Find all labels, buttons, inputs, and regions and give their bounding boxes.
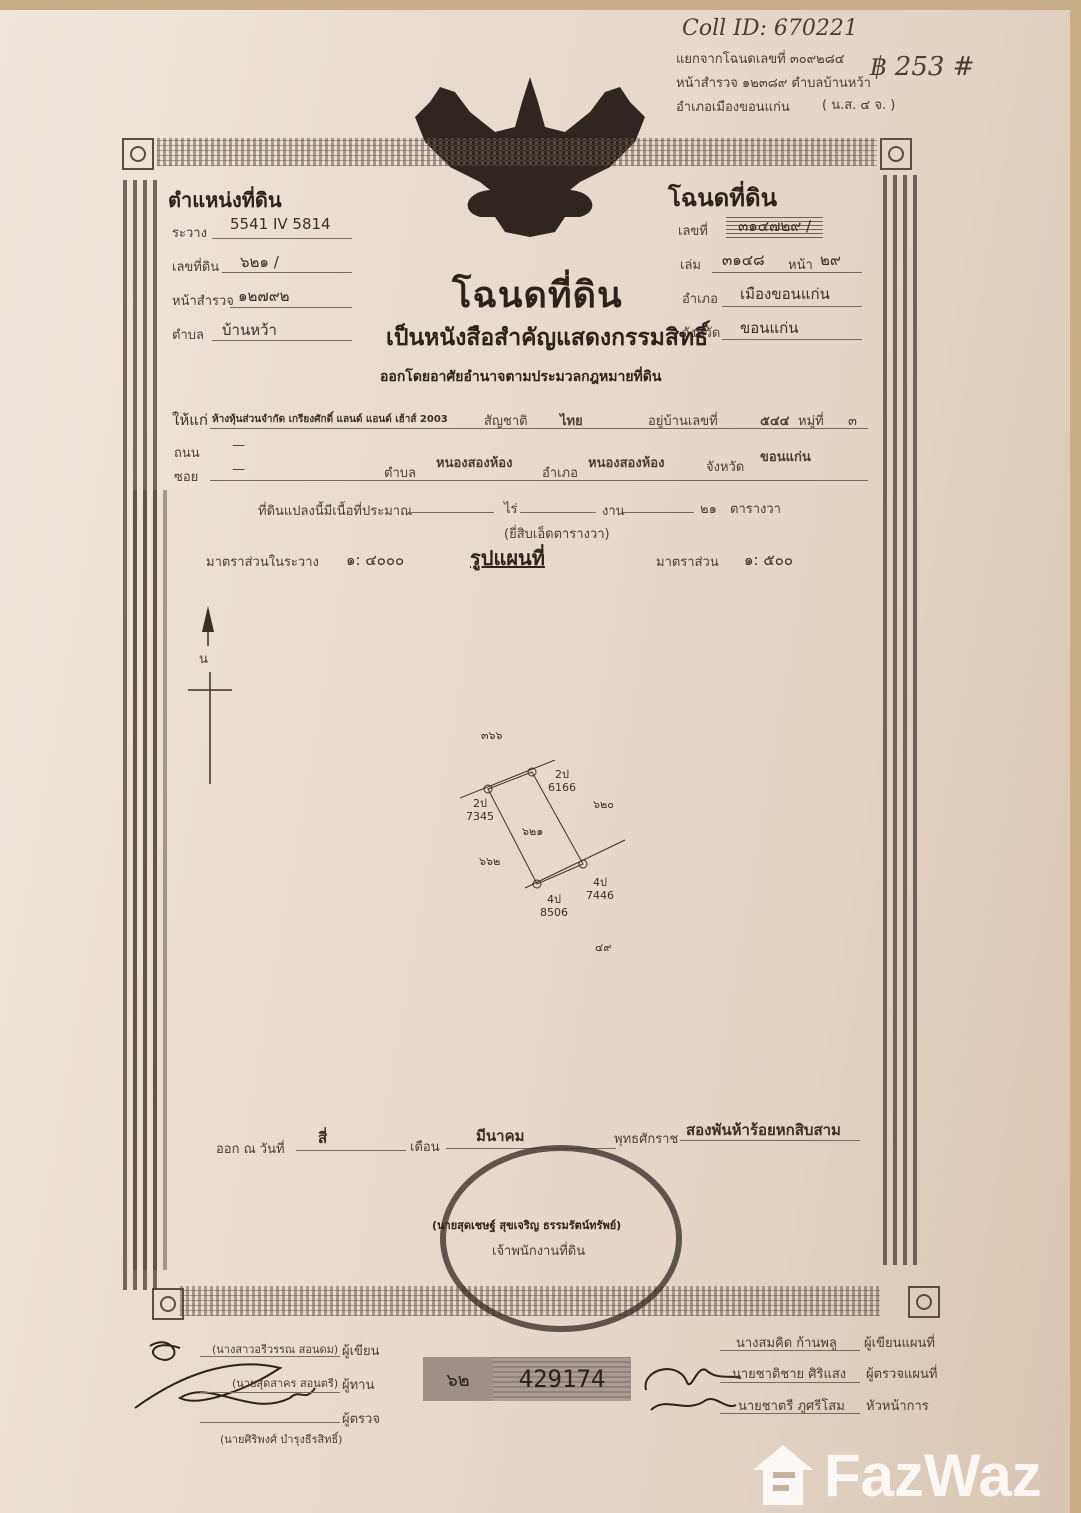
map-scale-value: ๑: ๕๐๐	[744, 548, 793, 572]
north-label: น	[199, 648, 208, 669]
inspector-name: (นายศิริพงศ์ บำรุงธีรสิทธิ์)	[220, 1430, 342, 1448]
survey-page-note: หน้าสำรวจ ๑๒๓๘๙ ตำบลบ้านหว้า	[676, 72, 871, 93]
map-writer-role: ผู้เขียนแผนที่	[864, 1332, 935, 1353]
head-role: หัวหน้าการ	[866, 1395, 929, 1416]
split-from-note: แยกจากโฉนดเลขที่ ๓๐๙๒๘๔	[676, 48, 845, 69]
serial-number: 429174	[493, 1357, 631, 1401]
coll-id: Coll ID: 670221	[682, 16, 858, 41]
wah-value: ๒๑	[700, 498, 717, 519]
issue-month: มีนาคม	[476, 1124, 525, 1148]
corner-mark-4: 4ป8506	[540, 893, 568, 919]
owner-province-label: จังหวัด	[706, 456, 744, 477]
land-title-deed: Coll ID: 670221 แยกจากโฉนดเลขที่ ๓๐๙๒๘๔ …	[0, 10, 1070, 1513]
book-value: ๓๑๔๘	[722, 248, 765, 272]
corner-mark-3: 4ป7446	[586, 876, 614, 902]
map-checker-name: นายชาติชาย ศิริแสง	[732, 1363, 846, 1384]
reviewer-role: ผู้ทาน	[342, 1374, 374, 1395]
left-border-pattern-2	[133, 490, 171, 1270]
writer-role: ผู้เขียน	[342, 1340, 379, 1361]
district-value: เมืองขอนแก่น	[740, 282, 830, 306]
north-arrow-icon	[184, 602, 236, 788]
official-seal-stamp	[440, 1145, 682, 1332]
issue-day: สี่	[318, 1126, 327, 1150]
subdistrict-label: ตำบล	[172, 324, 204, 345]
inspector-role: ผู้ตรวจ	[342, 1408, 380, 1429]
neighbor-east: ๖๒๐	[593, 798, 614, 811]
neighbor-north: ๓๖๖	[481, 729, 502, 742]
rai-label: ไร่	[504, 498, 518, 519]
area-in-words: (ยี่สิบเอ็ดตารางวา)	[504, 523, 610, 544]
area-prefix: ที่ดินแปลงนี้มีเนื้อที่ประมาณ	[258, 500, 412, 521]
ngan-label: งาน	[602, 500, 625, 521]
land-location-title: ตำแหน่งที่ดิน	[168, 184, 282, 216]
deed-no-label: เลขที่	[678, 220, 708, 241]
map-heading: รูปแผนที่	[470, 542, 545, 574]
corner-ornament-icon	[880, 138, 912, 170]
issue-date-prefix: ออก ณ วันที่	[216, 1138, 285, 1159]
corner-mark-1: 2ป6166	[548, 768, 576, 794]
corner-ornament-icon	[122, 138, 154, 170]
deed-no-value: ๓๑๔๗๒๙ /	[726, 214, 823, 238]
corner-ornament-icon	[152, 1288, 184, 1320]
ns4-note: ( น.ส. ๔ จ. )	[822, 94, 895, 115]
wah-label: ตารางวา	[730, 498, 781, 519]
owner-subdistrict-value: หนองสองห้อง	[436, 452, 512, 473]
owner-name: ห้างหุ้นส่วนจำกัด เกรียงศักดิ์ แลนด์ แอน…	[212, 412, 448, 427]
top-border-pattern	[157, 138, 877, 166]
sheet-scale-value: ๑: ๔๐๐๐	[346, 548, 404, 572]
serial-prefix: ๖๒	[423, 1365, 493, 1394]
owner-province-value: ขอนแก่น	[760, 446, 811, 467]
page-value: ๒๙	[820, 248, 841, 272]
issued-by-law: ออกโดยอาศัยอำนาจตามประมวลกฎหมายที่ดิน	[380, 366, 661, 388]
sheet-label: ระวาง	[172, 222, 207, 243]
owner-to-label: ให้แก่	[172, 408, 208, 432]
road-value: —	[232, 438, 245, 453]
parcel-no-value: ๖๒๑ /	[240, 250, 279, 274]
owner-district-value: หนองสองห้อง	[588, 452, 664, 473]
officer-title: เจ้าพนักงานที่ดิน	[492, 1240, 585, 1261]
map-scale-label: มาตราส่วน	[656, 551, 719, 572]
issue-year: สองพันห้าร้อยหกสิบสาม	[686, 1118, 841, 1142]
parcel-no-label: เลขที่ดิน	[172, 256, 219, 277]
issue-year-label: พุทธศักราช	[614, 1128, 678, 1149]
soi-value: —	[232, 462, 245, 477]
fazwaz-watermark: FazWaz	[748, 1440, 1042, 1510]
district-note: อำเภอเมืองขอนแก่น	[676, 96, 790, 117]
corner-mark-2: 2ป7345	[466, 797, 494, 823]
reviewer-name: (นายสุดสาคร สอนตรี)	[232, 1374, 338, 1392]
deed-main-title: โฉนดที่ดิน	[452, 266, 623, 323]
soi-label: ซอย	[174, 466, 198, 487]
issue-month-label: เดือน	[410, 1136, 440, 1157]
district-label: อำเภอ	[682, 288, 718, 309]
house-logo-icon	[748, 1440, 818, 1510]
survey-page-label: หน้าสำรวจ	[172, 290, 234, 311]
survey-page-value: ๑๒๗๙๒	[238, 284, 290, 308]
province-value: ขอนแก่น	[740, 316, 799, 340]
map-checker-role: ผู้ตรวจแผนที่	[866, 1363, 937, 1384]
deed-subtitle: เป็นหนังสือสำคัญแสดงกรรมสิทธิ์	[386, 320, 708, 356]
neighbor-south: ๔๙	[595, 941, 611, 954]
book-label: เล่ม	[680, 254, 701, 275]
watermark-brand: FazWaz	[824, 1441, 1042, 1510]
stamp-number-note: ฿ 253 #	[870, 52, 974, 82]
sheet-value: 5541 IV 5814	[230, 215, 331, 233]
neighbor-west: ๖๖๒	[479, 855, 500, 868]
officer-name: (นายสุดเชษฐ์ สุขเจริญ ธรรมรัตน์ทรัพย์)	[432, 1216, 621, 1234]
deed-title-right: โฉนดที่ดิน	[668, 178, 777, 217]
subdistrict-value: บ้านหว้า	[222, 318, 277, 342]
deed-serial-number: ๖๒ 429174	[423, 1357, 631, 1401]
right-border-pattern	[883, 175, 921, 1265]
right-signatures-icon	[636, 1350, 746, 1420]
corner-ornament-icon	[908, 1286, 940, 1318]
sheet-scale-label: มาตราส่วนในระวาง	[206, 551, 319, 572]
road-label: ถนน	[174, 442, 200, 463]
parcel-number: ๖๒๑	[522, 825, 543, 838]
